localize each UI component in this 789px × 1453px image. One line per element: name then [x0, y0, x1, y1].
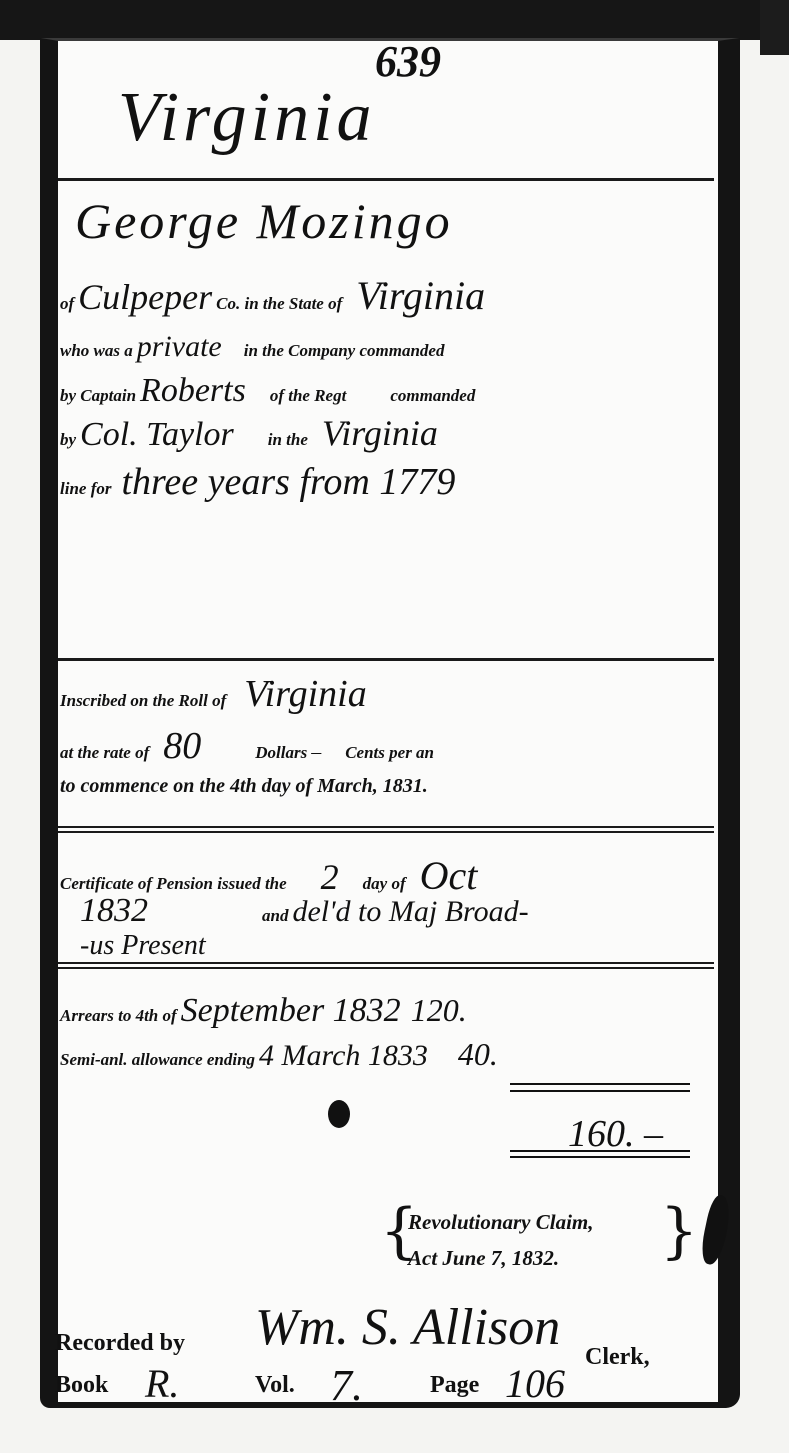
term: three years from 1779 — [121, 461, 455, 503]
page-value: 106 — [505, 1360, 565, 1407]
certificate-line-2: 1832 and del'd to Maj Broad- — [80, 892, 529, 930]
soldier-section-divider — [58, 658, 714, 661]
arrears-amount: 120. — [411, 992, 467, 1028]
state-heading: Virginia — [118, 78, 376, 158]
clerk-label: Clerk, — [585, 1344, 650, 1371]
record-number: 639 — [375, 36, 441, 87]
rank: private — [137, 330, 222, 363]
sum-rule-top-a — [510, 1083, 690, 1085]
claim-line-2: Act June 7, 1832. — [408, 1246, 559, 1271]
dollars-label: Dollars — [255, 743, 307, 762]
cents-dash: – — [311, 741, 321, 763]
certificate-year: 1832 — [80, 892, 148, 929]
line1-prefix: of — [60, 294, 74, 313]
county: Culpeper — [78, 277, 212, 317]
line-state: Virginia — [322, 413, 438, 453]
scan-dark-corner — [760, 0, 789, 55]
line3-mid: of the Regt — [270, 386, 347, 405]
roll-line-2: at the rate of 80 Dollars – Cents per an — [60, 724, 434, 768]
soldier-line-3: by Captain Roberts of the Regt commanded — [60, 372, 475, 410]
line4-mid: in the — [268, 430, 308, 449]
state: Virginia — [356, 273, 485, 318]
book-value: R. — [145, 1360, 179, 1407]
page-label: Page — [430, 1372, 479, 1399]
soldier-line-1: of Culpeper Co. in the State of Virginia — [60, 272, 485, 319]
scan-dark-edge — [0, 0, 789, 40]
arrears-line-1: Arrears to 4th of September 1832 120. — [60, 992, 467, 1030]
soldier-name: George Mozingo — [75, 192, 453, 250]
roll-section-divider — [58, 826, 714, 828]
sum-rule-bottom-a — [510, 1150, 690, 1152]
line4-prefix: by — [60, 430, 76, 449]
arrears-prefix: Arrears to 4th of — [60, 1006, 177, 1025]
line3-suffix: commanded — [390, 386, 475, 405]
ink-blot — [328, 1100, 350, 1128]
sum-rule-top-b — [510, 1090, 690, 1092]
rate-dollars: 80 — [163, 725, 201, 767]
soldier-line-2: who was a private in the Company command… — [60, 330, 444, 364]
header-divider — [58, 178, 714, 181]
colonel: Col. Taylor — [80, 416, 234, 453]
allowance-prefix: Semi-anl. allowance ending — [60, 1050, 255, 1069]
line1-mid: Co. in the State of — [216, 294, 342, 313]
claim-brace-close: } — [660, 1205, 698, 1257]
cents-label: Cents per an — [345, 743, 434, 762]
arrears-date: September 1832 — [181, 992, 401, 1029]
captain: Roberts — [140, 372, 246, 409]
certificate-section-divider — [58, 962, 714, 964]
soldier-line-4: by Col. Taylor in the Virginia — [60, 412, 438, 454]
certificate-day: 2 — [321, 857, 339, 897]
claim-line-1: Revolutionary Claim, — [408, 1210, 594, 1235]
delivery-connector: and — [262, 906, 288, 925]
recorded-by-label: Recorded by — [55, 1330, 185, 1357]
roll-prefix: Inscribed on the Roll of — [60, 691, 226, 710]
book-label: Book — [55, 1372, 108, 1399]
vol-label: Vol. — [255, 1372, 295, 1399]
delivered-to-continued: -us Present — [80, 930, 206, 962]
clerk-signature: Wm. S. Allison — [255, 1298, 560, 1357]
allowance-amount: 40. — [458, 1036, 498, 1072]
certificate-prefix: Certificate of Pension issued the — [60, 874, 287, 893]
roll-line-3: to commence on the 4th day of March, 183… — [60, 775, 428, 798]
delivered-to: del'd to Maj Broad- — [292, 895, 528, 928]
allowance-date: 4 March 1833 — [259, 1039, 428, 1072]
line2-suffix: in the Company commanded — [244, 341, 445, 360]
roll-state: Virginia — [244, 673, 366, 715]
line3-prefix: by Captain — [60, 386, 136, 405]
sum-rule-bottom-b — [510, 1156, 690, 1158]
vol-value: 7. — [330, 1360, 363, 1411]
line5-prefix: line for — [60, 479, 111, 498]
rate-prefix: at the rate of — [60, 743, 149, 762]
line2-prefix: who was a — [60, 341, 133, 360]
day-of-label: day of — [363, 874, 406, 893]
roll-line-1: Inscribed on the Roll of Virginia — [60, 672, 367, 716]
arrears-line-2: Semi-anl. allowance ending 4 March 1833 … — [60, 1036, 498, 1073]
soldier-line-5: line for three years from 1779 — [60, 460, 455, 504]
